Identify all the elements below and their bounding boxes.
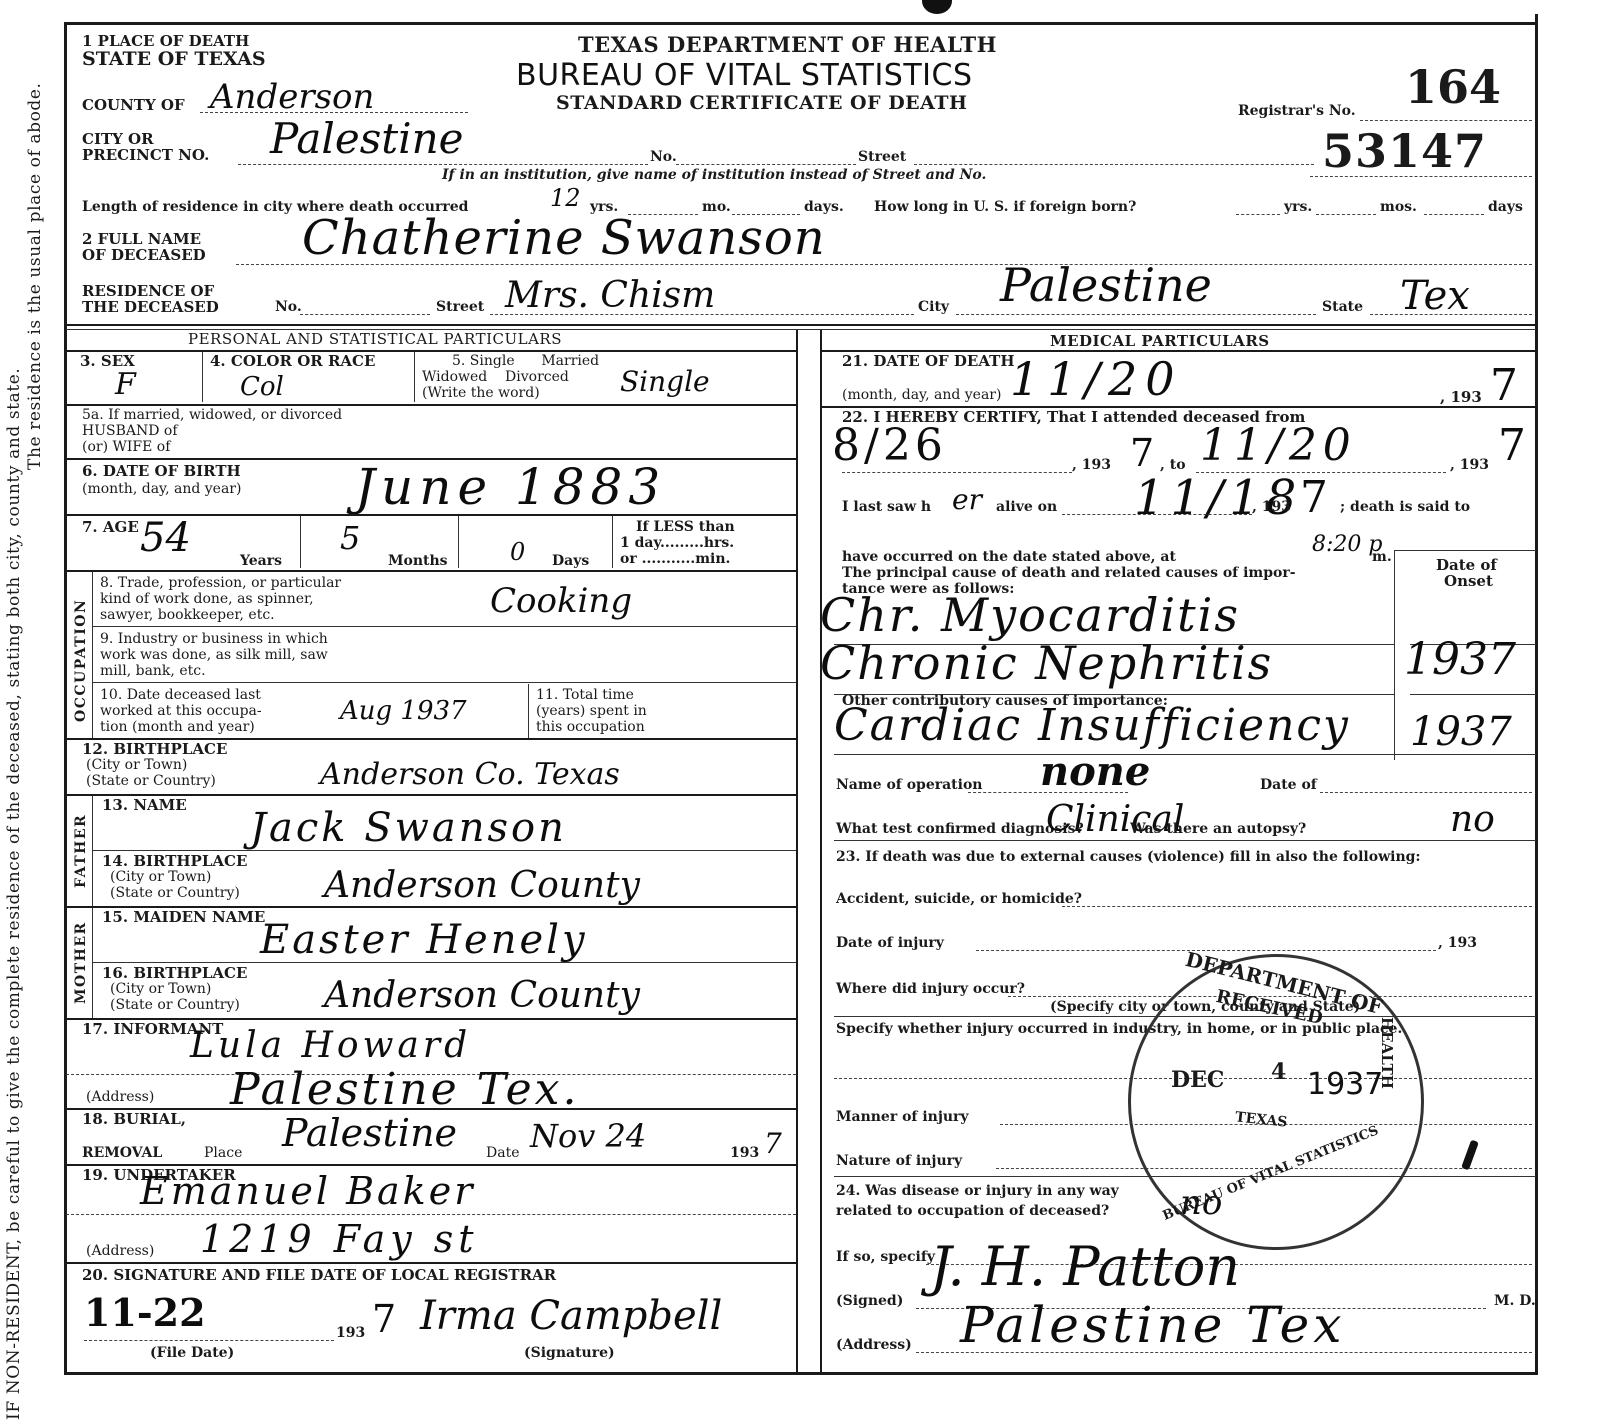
stamp-year: 1937: [1307, 1067, 1383, 1102]
trade-value[interactable]: Cooking: [490, 584, 632, 618]
city-no-line: [676, 164, 856, 165]
sex-divider: [202, 352, 203, 402]
totaltime-divider: [528, 684, 529, 738]
totaltime-label-1: 11. Total time: [536, 688, 634, 702]
residence-no-label: No.: [275, 300, 302, 314]
mother-birthplace-label-3: (State or Country): [110, 998, 240, 1012]
mother-divider: [92, 908, 93, 1020]
marital-value[interactable]: Single: [620, 368, 710, 396]
age-days-label: Days: [552, 554, 589, 568]
trade-label-1: 8. Trade, profession, or particular: [100, 576, 341, 590]
burial-label-2: REMOVAL: [82, 1146, 162, 1160]
informant-address-label: (Address): [86, 1090, 154, 1104]
father-birthplace-label-3: (State or Country): [110, 886, 240, 900]
operation-label: Name of operation: [836, 778, 982, 792]
age-divider-1: [300, 516, 301, 568]
date-injury-year: , 193: [1438, 936, 1477, 950]
marital-label-3: (Write the word): [422, 386, 540, 400]
foreign-label: How long in U. S. if foreign born?: [874, 200, 1136, 214]
outer-border-top: [64, 22, 1538, 25]
accident-label: Accident, suicide, or homicide?: [836, 892, 1082, 906]
county-line: [200, 112, 468, 113]
foreign-mos-line: [1316, 214, 1376, 215]
operation-value[interactable]: none: [1040, 752, 1150, 792]
full-name-line: [236, 264, 1532, 265]
marital-label-1: 5. Single Married: [452, 354, 599, 368]
row-rule-13: [92, 850, 796, 851]
city-street-line: [914, 164, 1314, 165]
lastwork-label-2: worked at this occupa-: [100, 704, 262, 718]
onset-3-value[interactable]: 1937: [1410, 712, 1512, 752]
place-of-death-label: 1 PLACE OF DEATH: [82, 34, 249, 49]
occupation-divider: [92, 572, 93, 740]
residence-length-value[interactable]: 12: [550, 186, 581, 210]
less-label-3: or ...........min.: [620, 552, 730, 566]
father-birthplace-label-1: 14. BIRTHPLACE: [102, 854, 247, 869]
institution-note: If in an institution, give name of insti…: [442, 168, 986, 182]
race-label: 4. COLOR OR RACE: [210, 354, 375, 369]
section-divider-1: [66, 324, 1536, 326]
outer-border-bottom: [64, 1372, 1538, 1375]
registrar-file-date-value[interactable]: 11-22: [84, 1294, 206, 1332]
row-rule-19: [66, 1262, 796, 1264]
received-stamp: DEPARTMENT OF RECEIVED DEC 4 1937 TEXAS …: [1128, 954, 1424, 1250]
onset-label-2: Onset: [1444, 574, 1493, 589]
birthplace-label-2: (City or Town): [86, 758, 187, 772]
age-years-value[interactable]: 54: [140, 518, 191, 558]
onset-label-1: Date of: [1436, 558, 1497, 573]
bureau-title: BUREAU OF VITAL STATISTICS: [516, 58, 973, 93]
age-label: 7. AGE: [82, 520, 139, 535]
registrar-number: 164: [1405, 64, 1501, 110]
last-saw-line: [1062, 514, 1252, 515]
attended-from-value[interactable]: 8/26: [832, 424, 947, 468]
father-birthplace-value[interactable]: Anderson County: [324, 868, 640, 904]
residence-state-label: State: [1322, 300, 1363, 314]
race-value[interactable]: Col: [240, 374, 284, 400]
father-birthplace-label-2: (City or Town): [110, 870, 211, 884]
file-number-line: [1310, 176, 1532, 177]
operation-line: [968, 792, 1128, 793]
city-street-label: Street: [858, 150, 906, 164]
industry-label-1: 9. Industry or business in which: [100, 632, 328, 646]
occupation-related-label-2: related to occupation of deceased?: [836, 1204, 1109, 1218]
med-address-value[interactable]: Palestine Tex: [960, 1300, 1345, 1350]
mother-birthplace-label-2: (City or Town): [110, 982, 211, 996]
manner-label: Manner of injury: [836, 1110, 969, 1124]
mother-birthplace-label-1: 16. BIRTHPLACE: [102, 966, 247, 981]
row-rule-7: [66, 570, 796, 572]
spouse-label-1: 5a. If married, widowed, or divorced: [82, 408, 342, 422]
file-number: 53147: [1322, 128, 1487, 174]
stamp-day: 4: [1271, 1061, 1286, 1083]
industry-label-2: work was done, as silk mill, saw: [100, 648, 328, 662]
foreign-yrs-label: yrs.: [1284, 200, 1312, 214]
city-line: [238, 164, 648, 165]
contributory-rule: [834, 754, 1536, 755]
mother-name-label: 15. MAIDEN NAME: [102, 910, 265, 925]
lastwork-label-3: tion (month and year): [100, 720, 255, 734]
last-saw-year-prefix: , 193: [1252, 500, 1291, 514]
m-label: m.: [1372, 550, 1392, 564]
age-divider-3: [612, 516, 613, 568]
father-divider: [92, 796, 93, 908]
dob-label-2: (month, day, and year): [82, 482, 241, 496]
certificate-title: STANDARD CERTIFICATE OF DEATH: [556, 94, 967, 113]
lastwork-label-1: 10. Date deceased last: [100, 688, 261, 702]
undertaker-address-label: (Address): [86, 1244, 154, 1258]
foreign-days-line: [1424, 214, 1484, 215]
age-days-value[interactable]: 0: [510, 540, 525, 564]
state-label: STATE OF TEXAS: [82, 50, 266, 69]
onset-box-top: [1394, 550, 1536, 551]
trade-label-3: sawyer, bookkeeper, etc.: [100, 608, 275, 622]
less-label-2: 1 day.........hrs.: [620, 536, 734, 550]
row-rule-5: [66, 404, 796, 406]
birthplace-value[interactable]: Anderson Co. Texas: [320, 760, 620, 790]
last-saw-her[interactable]: er: [952, 486, 982, 514]
informant-name-value[interactable]: Lula Howard: [190, 1028, 471, 1064]
external-label: 23. If death was due to external causes …: [836, 850, 1421, 864]
foreign-yrs-line: [1236, 214, 1280, 215]
registrar-year-suffix[interactable]: 7: [372, 1300, 396, 1338]
race-divider: [414, 352, 415, 402]
where-label: Where did injury occur?: [836, 982, 1025, 996]
burial-date-value[interactable]: Nov 24: [530, 1120, 646, 1152]
md-label: M. D.: [1494, 1294, 1536, 1308]
column-divider-b: [820, 330, 822, 1372]
stamp-state: TEXAS: [1234, 1110, 1288, 1129]
mother-name-value[interactable]: Easter Henely: [260, 920, 588, 960]
row-rule-9: [92, 682, 796, 683]
residence-city-value[interactable]: Palestine: [1000, 262, 1212, 308]
accident-line: [1062, 906, 1532, 907]
op-date-line: [1320, 792, 1532, 793]
onset-rule-2: [1410, 694, 1536, 695]
spouse-label-2: HUSBAND of: [82, 424, 178, 438]
onset-box-left: [1394, 550, 1395, 760]
burial-date-label: Date: [486, 1146, 519, 1160]
dob-label-1: 6. DATE OF BIRTH: [82, 464, 241, 479]
stamp-month: DEC: [1171, 1069, 1224, 1091]
residence-label-1: RESIDENCE OF: [82, 284, 214, 299]
dod-label-2: (month, day, and year): [842, 388, 1001, 402]
age-months-value[interactable]: 5: [340, 522, 360, 554]
city-no-label: No.: [650, 150, 677, 164]
attended-to-value[interactable]: 11/20: [1200, 424, 1357, 468]
attended-from-line: [842, 472, 1072, 473]
residence-no-line: [300, 314, 430, 315]
residence-city-line: [956, 314, 1316, 315]
med-address-line: [916, 1352, 1532, 1353]
registrar-file-date-line: [84, 1340, 334, 1341]
op-date-label: Date of: [1260, 778, 1317, 792]
to-year-prefix: , 193: [1450, 458, 1489, 472]
dob-value[interactable]: June 1883: [355, 462, 666, 512]
date-injury-label: Date of injury: [836, 936, 944, 950]
industry-label-3: mill, bank, etc.: [100, 664, 206, 678]
punch-hole: [922, 0, 952, 14]
city-label-2: PRECINCT NO.: [82, 148, 209, 163]
row-rule-8: [92, 626, 796, 627]
medical-section-title: MEDICAL PARTICULARS: [1050, 334, 1270, 349]
burial-year-prefix: 193: [730, 1146, 759, 1160]
city-value[interactable]: Palestine: [270, 118, 463, 160]
death-said-label: ; death is said to: [1340, 500, 1470, 514]
residence-state-value[interactable]: Tex: [1400, 276, 1470, 316]
outer-border-left: [64, 24, 67, 1374]
side-note: IF NON-RESIDENT, be careful to give the …: [6, 82, 44, 1420]
autopsy-value[interactable]: no: [1450, 802, 1495, 838]
autopsy-rule: [834, 840, 1536, 841]
last-saw-year-suffix[interactable]: 7: [1300, 476, 1328, 520]
alive-label: alive on: [996, 500, 1057, 514]
full-name-value[interactable]: Chatherine Swanson: [302, 214, 826, 262]
from-year-suffix[interactable]: 7: [1130, 434, 1154, 472]
med-address-label: (Address): [836, 1338, 912, 1352]
registrar-file-date-label: (File Date): [150, 1346, 234, 1360]
birthplace-label-3: (State or Country): [86, 774, 216, 788]
dod-label-1: 21. DATE OF DEATH: [842, 354, 1015, 369]
dod-year-prefix: , 193: [1440, 390, 1482, 405]
foreign-days-label: days: [1488, 200, 1523, 214]
burial-year-suffix[interactable]: 7: [764, 1130, 782, 1158]
father-vertical-label: FATHER: [74, 814, 88, 888]
age-months-label: Months: [388, 554, 448, 568]
age-years-label: Years: [240, 554, 282, 568]
cause-1-value[interactable]: Chr. Myocarditis: [820, 592, 1240, 638]
registrar-year-prefix: 193: [336, 1326, 365, 1340]
undertaker-address-value[interactable]: 1219 Fay st: [200, 1220, 479, 1258]
occupation-related-label-1: 24. Was disease or injury in any way: [836, 1184, 1119, 1198]
county-label: COUNTY OF: [82, 98, 185, 113]
residence-street-value[interactable]: Mrs. Chism: [505, 278, 715, 314]
totaltime-label-2: (years) spent in: [536, 704, 647, 718]
city-label-1: CITY OR: [82, 132, 154, 147]
age-divider-2: [458, 516, 459, 568]
dod-year-suffix[interactable]: 7: [1490, 364, 1518, 408]
stamp-bottom-text: BUREAU OF VITAL STATISTICS: [1161, 1124, 1380, 1223]
occurred-label: have occurred on the date stated above, …: [842, 550, 1176, 564]
occupation-vertical-label: OCCUPATION: [74, 599, 88, 722]
last-saw-label: I last saw h: [842, 500, 931, 514]
sex-value[interactable]: F: [115, 370, 136, 400]
personal-title-rule: [66, 350, 796, 352]
personal-section-title: PERSONAL AND STATISTICAL PARTICULARS: [188, 332, 562, 347]
residence-city-label: City: [918, 300, 949, 314]
department-title: TEXAS DEPARTMENT OF HEALTH: [578, 34, 997, 55]
dod-value[interactable]: 11/20: [1010, 356, 1183, 402]
side-note-line-1: IF NON-RESIDENT, be careful to give the …: [6, 82, 23, 1420]
residence-street-line: [490, 314, 914, 315]
burial-label-1: 18. BURIAL,: [82, 1112, 186, 1127]
full-name-label-1: 2 FULL NAME: [82, 232, 201, 247]
row-rule-15: [92, 962, 796, 963]
county-value[interactable]: Anderson: [210, 80, 374, 114]
ifso-label: If so, specify: [836, 1250, 935, 1264]
registrar-label: Registrar's No.: [1238, 104, 1356, 118]
mother-vertical-label: MOTHER: [74, 921, 88, 1004]
registrar-signature-label: (Signature): [524, 1346, 615, 1360]
column-divider-a: [796, 330, 798, 1372]
nature-label: Nature of injury: [836, 1154, 962, 1168]
marital-label-2: Widowed Divorced: [422, 370, 569, 384]
undertaker-name-line: [66, 1214, 796, 1215]
stamp-right-text: HEALTH: [1379, 1017, 1394, 1089]
trade-label-2: kind of work done, as spinner,: [100, 592, 314, 606]
cause-label-1: The principal cause of death and related…: [842, 566, 1296, 580]
cause-2-value[interactable]: Chronic Nephritis: [820, 640, 1273, 686]
full-name-label-2: OF DECEASED: [82, 248, 206, 263]
autopsy-label: Was there an autopsy?: [1130, 822, 1306, 836]
mother-birthplace-value[interactable]: Anderson County: [324, 978, 640, 1014]
registrar-signature-value[interactable]: Irma Campbell: [420, 1296, 722, 1336]
residence-label-2: THE DECEASED: [82, 300, 219, 315]
birthplace-label-1: 12. BIRTHPLACE: [82, 742, 227, 757]
totaltime-label-3: this occupation: [536, 720, 645, 734]
onset-2-value[interactable]: 1937: [1404, 638, 1516, 682]
registrar-line: [1360, 120, 1532, 121]
spouse-label-3: (or) WIFE of: [82, 440, 170, 454]
to-year-suffix[interactable]: 7: [1498, 424, 1526, 468]
registrar-sig-label: 20. SIGNATURE AND FILE DATE OF LOCAL REG…: [82, 1268, 556, 1283]
father-name-value[interactable]: Jack Swanson: [250, 808, 567, 848]
burial-place-label: Place: [204, 1146, 242, 1160]
signed-value[interactable]: J. H. Patton: [930, 1240, 1240, 1294]
burial-place-value[interactable]: Palestine: [282, 1114, 457, 1152]
less-label-1: If LESS than: [636, 520, 735, 534]
contributory-1-value[interactable]: Cardiac Insufficiency: [834, 704, 1350, 748]
foreign-mos-label: mos.: [1380, 200, 1417, 214]
informant-address-value[interactable]: Palestine Tex.: [230, 1068, 579, 1112]
lastwork-value[interactable]: Aug 1937: [340, 698, 467, 724]
side-note-line-2: The residence is the usual place of abod…: [27, 82, 44, 470]
residence-state-line: [1370, 314, 1532, 315]
undertaker-name-value[interactable]: Emanuel Baker: [140, 1172, 475, 1210]
father-name-label: 13. NAME: [102, 798, 187, 813]
signed-label: (Signed): [836, 1294, 903, 1308]
from-year-prefix: , 193: [1072, 458, 1111, 472]
ink-mark: [1461, 1140, 1479, 1171]
residence-street-label: Street: [436, 300, 484, 314]
